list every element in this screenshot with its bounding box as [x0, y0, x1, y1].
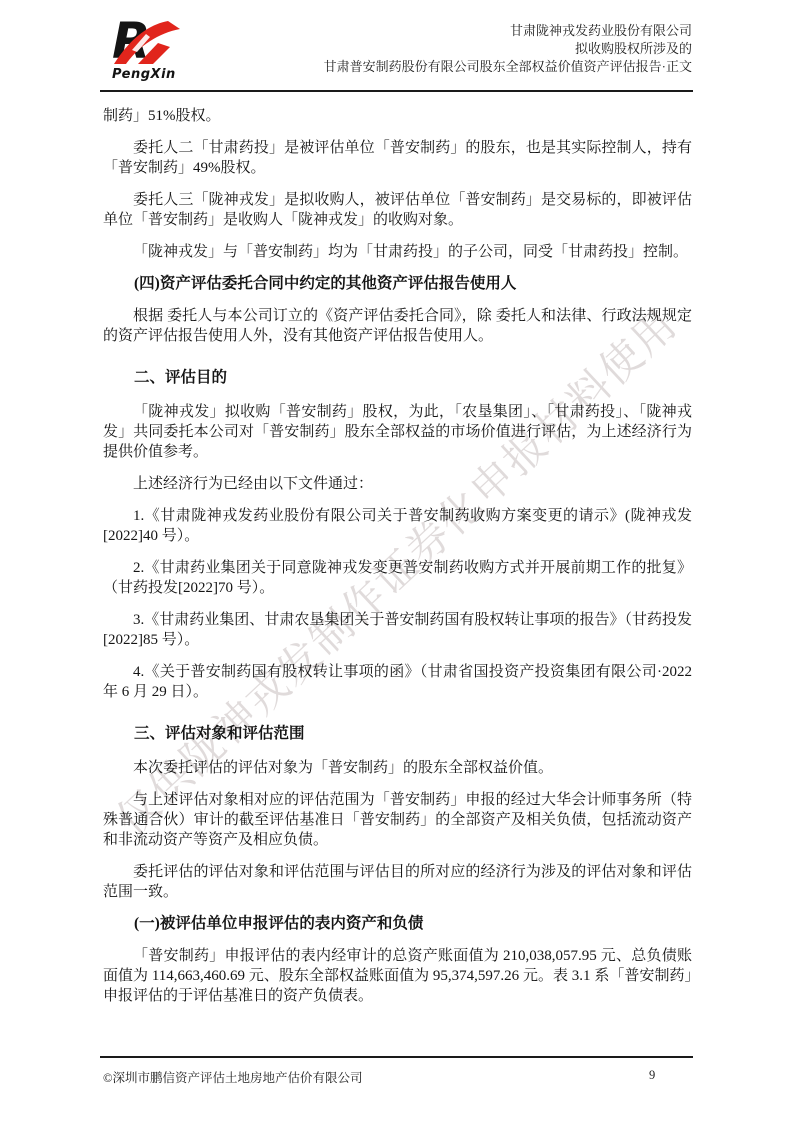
body-paragraph: 4.《关于普安制药国有股权转让事项的函》（甘肃省国投资产投资集团有限公司·202…: [103, 662, 692, 702]
pengxin-brand-text: PengXin: [112, 67, 202, 82]
body-paragraph: 上述经济行为已经由以下文件通过：: [103, 474, 692, 494]
body-paragraph: 制药」51%股权。: [103, 106, 692, 126]
pengxin-logo-mark-icon: R: [112, 16, 188, 64]
section-heading: (一)被评估单位申报评估的表内资产和负债: [103, 914, 692, 934]
header-line-subject: 拟收购股权所涉及的: [324, 40, 692, 58]
body-paragraph: 委托评估的评估对象和评估范围与评估目的所对应的经济行为涉及的评估对象和评估范围一…: [103, 862, 692, 902]
body-paragraph: 与上述评估对象相对应的评估范围为「普安制药」申报的经过大华会计师事务所（特殊普通…: [103, 790, 692, 850]
header-divider: [100, 90, 693, 92]
footer-copyright: ©深圳市鹏信资产评估土地房地产估价有限公司: [103, 1068, 363, 1086]
footer-divider: [100, 1056, 693, 1058]
section-heading: 二、评估目的: [103, 368, 692, 388]
document-body: 制药」51%股权。委托人二「甘肃药投」是被评估单位「普安制药」的股东，也是其实际…: [103, 106, 692, 1018]
body-paragraph: 根据 委托人与本公司订立的《资产评估委托合同》，除 委托人和法律、行政法规规定的…: [103, 306, 692, 346]
pengxin-logo: R PengXin: [112, 16, 202, 82]
body-paragraph: 3.《甘肃药业集团、甘肃农垦集团关于普安制药国有股权转让事项的报告》（甘药投发[…: [103, 610, 692, 650]
page-number: 9: [649, 1068, 655, 1083]
document-page: R PengXin 甘肃陇神戎发药业股份有限公司 拟收购股权所涉及的 甘肃普安制…: [0, 0, 793, 1122]
body-paragraph: 1.《甘肃陇神戎发药业股份有限公司关于普安制药收购方案变更的请示》(陇神戎发[2…: [103, 506, 692, 546]
body-paragraph: 委托人三「陇神戎发」是拟收购人，被评估单位「普安制药」是交易标的，即被评估单位「…: [103, 190, 692, 230]
section-heading: 三、评估对象和评估范围: [103, 724, 692, 744]
body-paragraph: 「普安制药」申报评估的表内经审计的总资产账面值为 210,038,057.95 …: [103, 946, 692, 1006]
body-paragraph: 本次委托评估的评估对象为「普安制药」的股东全部权益价值。: [103, 758, 692, 778]
body-paragraph: 「陇神戎发」与「普安制药」均为「甘肃药投」的子公司，同受「甘肃药投」控制。: [103, 242, 692, 262]
report-header: 甘肃陇神戎发药业股份有限公司 拟收购股权所涉及的 甘肃普安制药股份有限公司股东全…: [324, 22, 692, 76]
body-paragraph: 「陇神戎发」拟收购「普安制药」股权，为此，「农垦集团」、「甘肃药投」、「陇神戎发…: [103, 402, 692, 462]
header-line-report-title: 甘肃普安制药股份有限公司股东全部权益价值资产评估报告·正文: [324, 58, 692, 76]
body-paragraph: 2.《甘肃药业集团关于同意陇神戎发变更普安制药收购方式并开展前期工作的批复》（甘…: [103, 558, 692, 598]
section-heading: (四)资产评估委托合同中约定的其他资产评估报告使用人: [103, 274, 692, 294]
body-paragraph: 委托人二「甘肃药投」是被评估单位「普安制药」的股东，也是其实际控制人，持有「普安…: [103, 138, 692, 178]
header-line-company: 甘肃陇神戎发药业股份有限公司: [324, 22, 692, 40]
